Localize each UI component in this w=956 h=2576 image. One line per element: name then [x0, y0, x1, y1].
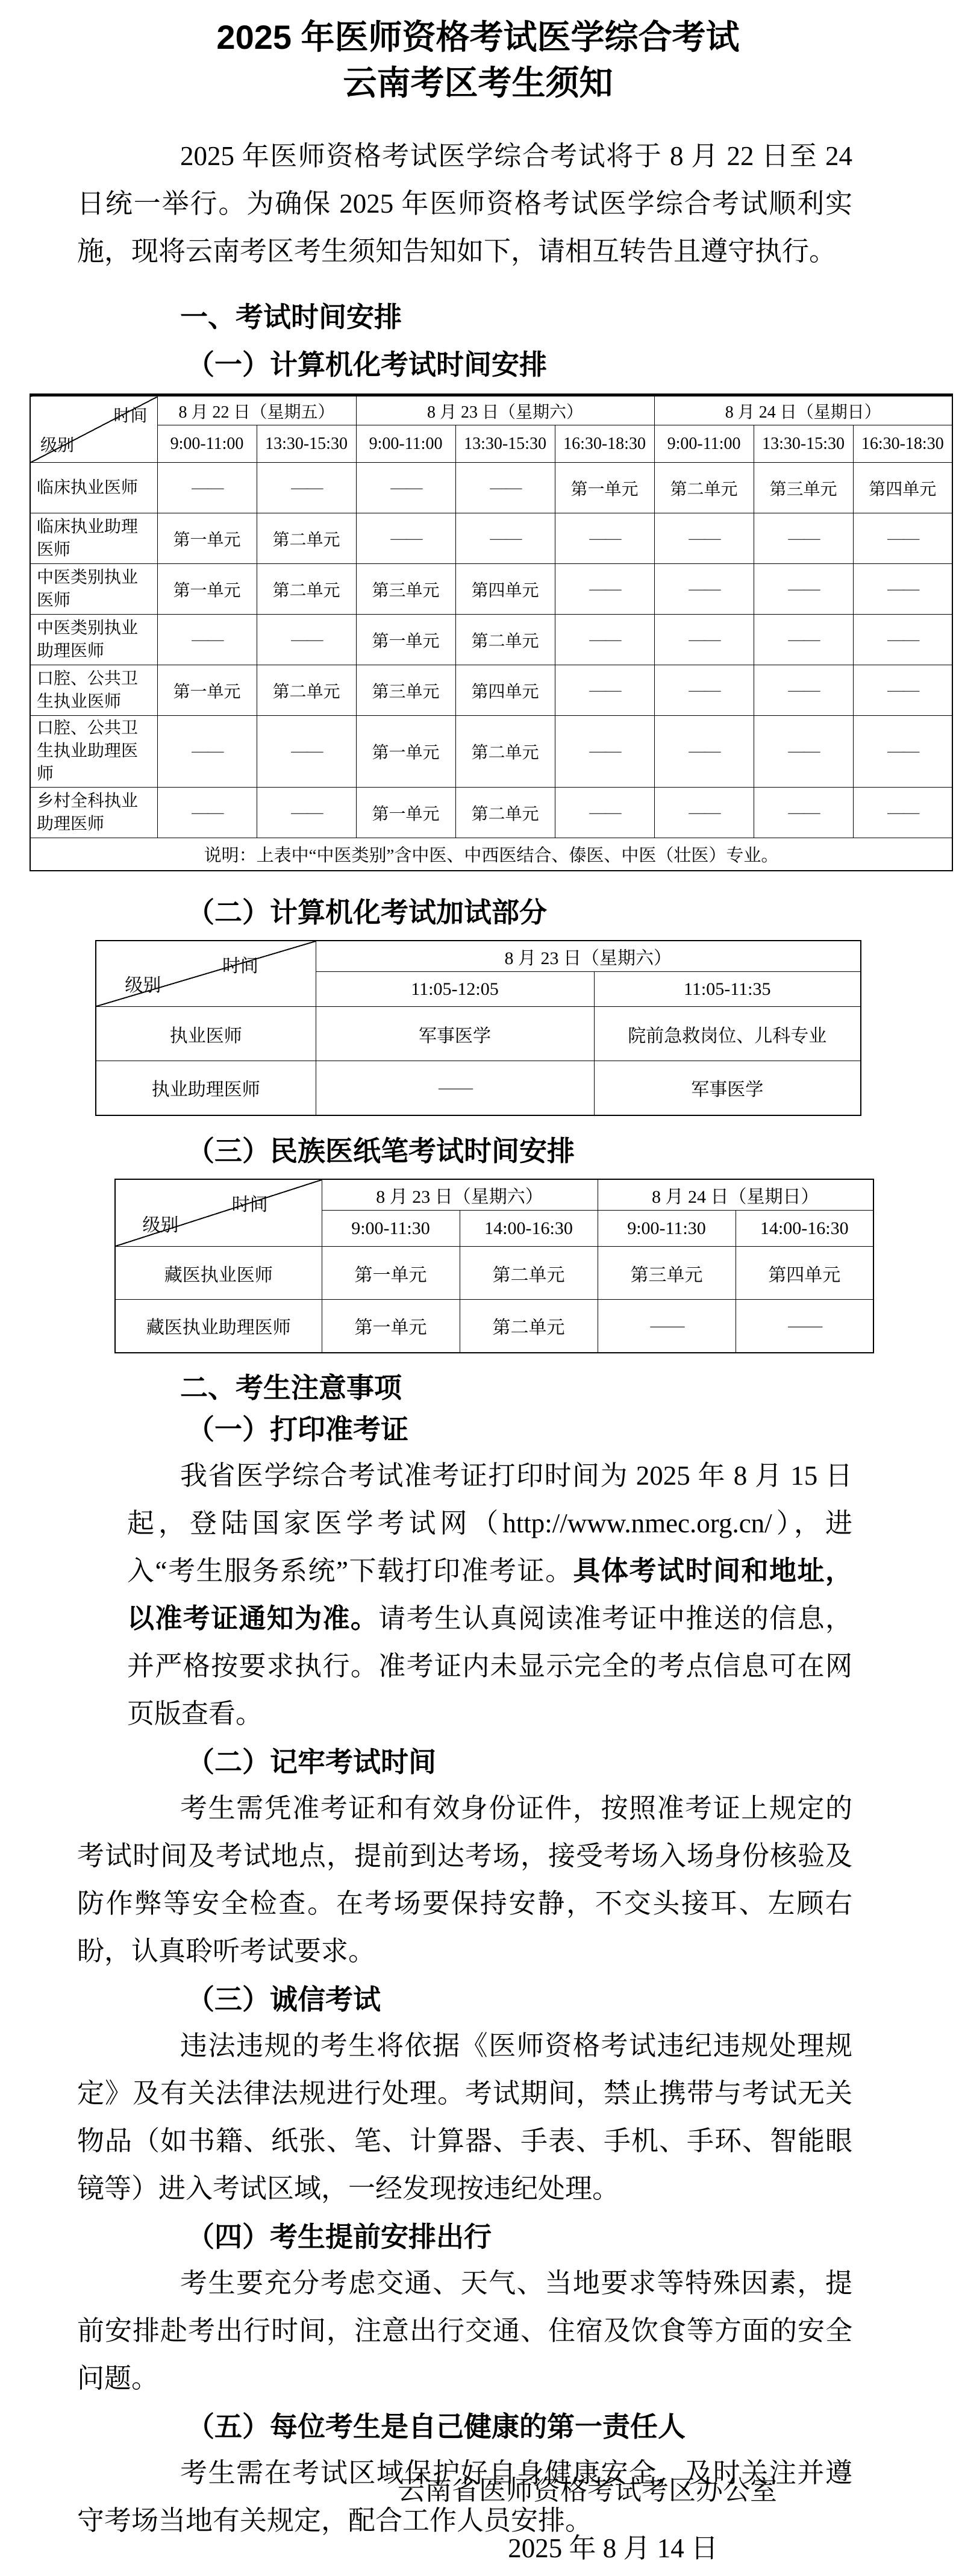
ethnic-paper-exam-table: 时间级别8 月 23 日（星期六）8 月 24 日（星期日）9:00-11:30… [114, 1179, 874, 1353]
unit-cell: 第一单元 [157, 513, 257, 564]
time-header-cell: 9:00-11:30 [598, 1211, 736, 1247]
time-header-cell: 13:30-15:30 [257, 425, 356, 463]
unit-cell: 院前急救岗位、儿科专业 [594, 1007, 861, 1061]
time-header-cell: 9:00-11:00 [157, 425, 257, 463]
empty-slot-cell: —— [654, 615, 754, 665]
note-item-3-paragraph: 违法违规的考生将依据《医师资格考试违纪违规处理规定》及有关法律法规进行处理。考试… [77, 2022, 852, 2213]
unit-cell: 第三单元 [598, 1247, 736, 1300]
day-header-cell: 8 月 23 日（星期六） [322, 1179, 598, 1211]
time-header-cell: 13:30-15:30 [754, 425, 853, 463]
row-label-cell: 临床执业助理医师 [30, 513, 157, 564]
unit-cell: 第四单元 [455, 564, 555, 615]
document-title: 2025 年医师资格考试医学综合考试 云南考区考生须知 [0, 0, 956, 106]
unit-cell: 第二单元 [257, 513, 356, 564]
empty-slot-cell: —— [853, 788, 952, 838]
title-line-2: 云南考区考生须知 [0, 60, 956, 106]
empty-slot-cell: —— [555, 615, 654, 665]
unit-cell: 第一单元 [356, 788, 455, 838]
unit-cell: 第二单元 [257, 564, 356, 615]
day-header-cell: 8 月 23 日（星期六） [316, 941, 861, 972]
empty-slot-cell: —— [157, 615, 257, 665]
schedule-row: 口腔、公共卫生执业医师第一单元第二单元第三单元第四单元———————— [30, 665, 952, 716]
unit-cell: 第三单元 [754, 463, 853, 513]
unit-cell: 第二单元 [257, 665, 356, 716]
corner-label-time: 时间 [232, 1189, 268, 1216]
ethnic-exam-table-mount: 时间级别8 月 23 日（星期六）8 月 24 日（星期日）9:00-11:30… [0, 1179, 956, 1353]
time-header-cell: 13:30-15:30 [455, 425, 555, 463]
unit-cell: 第一单元 [157, 665, 257, 716]
empty-slot-cell: —— [754, 788, 853, 838]
row-label-cell: 执业医师 [96, 1007, 316, 1061]
computer-exam-table-mount: 时间级别8 月 22 日（星期五）8 月 23 日（星期六）8 月 24 日（星… [0, 393, 956, 871]
computer-exam-extra-table: 时间级别8 月 23 日（星期六）11:05-12:0511:05-11:35执… [95, 940, 861, 1116]
empty-slot-cell: —— [736, 1300, 873, 1353]
note-item-2-paragraph: 考生需凭准考证和有效身份证件，按照准考证上规定的考试时间及考试地点，提前到达考场… [77, 1785, 852, 1975]
section-notes-heading: 二、考生注意事项 [180, 1370, 956, 1405]
note-item-1-heading: （一）打印准考证 [187, 1412, 956, 1447]
time-header-cell: 16:30-18:30 [853, 425, 952, 463]
time-header-cell: 11:05-11:35 [594, 972, 861, 1007]
schedule-row: 临床执业助理医师第一单元第二单元———————————— [30, 513, 952, 564]
time-header-cell: 11:05-12:05 [316, 972, 594, 1007]
empty-slot-cell: —— [555, 716, 654, 788]
empty-slot-cell: —— [257, 788, 356, 838]
empty-slot-cell: —— [754, 716, 853, 788]
empty-slot-cell: —— [257, 463, 356, 513]
empty-slot-cell: —— [555, 513, 654, 564]
schedule-row: 藏医执业医师第一单元第二单元第三单元第四单元 [115, 1247, 873, 1300]
unit-cell: 第四单元 [455, 665, 555, 716]
schedule-row: 执业助理医师——军事医学 [96, 1061, 861, 1115]
note-item-5-heading: （五）每位考生是自己健康的第一责任人 [187, 2410, 956, 2445]
unit-cell: 第三单元 [356, 665, 455, 716]
empty-slot-cell: —— [316, 1061, 594, 1115]
empty-slot-cell: —— [157, 463, 257, 513]
time-header-cell: 9:00-11:00 [654, 425, 754, 463]
note-item-2-heading: （二）记牢考试时间 [187, 1745, 956, 1780]
unit-cell: 第一单元 [356, 716, 455, 788]
empty-slot-cell: —— [598, 1300, 736, 1353]
unit-cell: 第二单元 [460, 1300, 598, 1353]
empty-slot-cell: —— [853, 513, 952, 564]
schedule-row: 中医类别执业医师第一单元第二单元第三单元第四单元———————— [30, 564, 952, 615]
schedule-row: 执业医师军事医学院前急救岗位、儿科专业 [96, 1007, 861, 1061]
signature-office: 云南省医师资格考试考区办公室 [398, 2468, 777, 2507]
empty-slot-cell: —— [754, 665, 853, 716]
subsection-ethnic-exam-heading: （三）民族医纸笔考试时间安排 [187, 1134, 956, 1169]
signature-date: 2025 年 8 月 14 日 [508, 2526, 718, 2565]
row-label-cell: 藏医执业医师 [115, 1247, 322, 1300]
corner-label-level: 级别 [142, 1210, 178, 1236]
unit-cell: 第二单元 [455, 788, 555, 838]
empty-slot-cell: —— [157, 716, 257, 788]
empty-slot-cell: —— [555, 788, 654, 838]
title-line-1: 2025 年医师资格考试医学综合考试 [0, 14, 956, 60]
empty-slot-cell: —— [754, 564, 853, 615]
schedule-row: 临床执业医师————————第一单元第二单元第三单元第四单元 [30, 463, 952, 513]
empty-slot-cell: —— [853, 615, 952, 665]
empty-slot-cell: —— [853, 665, 952, 716]
empty-slot-cell: —— [455, 513, 555, 564]
time-header-cell: 14:00-16:30 [736, 1211, 873, 1247]
time-header-cell: 9:00-11:00 [356, 425, 455, 463]
row-label-cell: 执业助理医师 [96, 1061, 316, 1115]
schedule-row: 乡村全科执业助理医师————第一单元第二单元———————— [30, 788, 952, 838]
note-item-4-paragraph: 考生要充分考虑交通、天气、当地要求等特殊因素，提前安排赴考出行时间，注意出行交通… [77, 2260, 852, 2402]
unit-cell: 第一单元 [322, 1247, 460, 1300]
unit-cell: 第四单元 [853, 463, 952, 513]
empty-slot-cell: —— [555, 665, 654, 716]
schedule-row: 中医类别执业助理医师————第一单元第二单元———————— [30, 615, 952, 665]
empty-slot-cell: —— [654, 788, 754, 838]
schedule-row: 口腔、公共卫生执业助理医师————第一单元第二单元———————— [30, 716, 952, 788]
corner-label-level: 级别 [125, 970, 161, 997]
empty-slot-cell: —— [257, 615, 356, 665]
unit-cell: 第四单元 [736, 1247, 873, 1300]
row-label-cell: 藏医执业助理医师 [115, 1300, 322, 1353]
empty-slot-cell: —— [654, 665, 754, 716]
unit-cell: 第三单元 [356, 564, 455, 615]
empty-slot-cell: —— [157, 788, 257, 838]
corner-label-time: 时间 [222, 951, 258, 977]
empty-slot-cell: —— [257, 716, 356, 788]
empty-slot-cell: —— [455, 463, 555, 513]
extra-exam-table-mount: 时间级别8 月 23 日（星期六）11:05-12:0511:05-11:35执… [0, 940, 956, 1116]
time-header-cell: 9:00-11:30 [322, 1211, 460, 1247]
day-header-cell: 8 月 23 日（星期六） [356, 395, 654, 425]
exam-notice-document: 2025 年医师资格考试医学综合考试 云南考区考生须知 2025 年医师资格考试… [0, 0, 956, 2576]
day-header-cell: 8 月 24 日（星期日） [598, 1179, 873, 1211]
unit-cell: 第一单元 [555, 463, 654, 513]
unit-cell: 第一单元 [322, 1300, 460, 1353]
unit-cell: 第一单元 [356, 615, 455, 665]
unit-cell: 军事医学 [594, 1061, 861, 1115]
empty-slot-cell: —— [654, 564, 754, 615]
row-label-cell: 口腔、公共卫生执业助理医师 [30, 716, 157, 788]
empty-slot-cell: —— [754, 615, 853, 665]
row-label-cell: 乡村全科执业助理医师 [30, 788, 157, 838]
unit-cell: 军事医学 [316, 1007, 594, 1061]
row-label-cell: 中医类别执业助理医师 [30, 615, 157, 665]
intro-paragraph: 2025 年医师资格考试医学综合考试将于 8 月 22 日至 24 日统一举行。… [77, 133, 852, 275]
empty-slot-cell: —— [853, 564, 952, 615]
row-label-cell: 中医类别执业医师 [30, 564, 157, 615]
unit-cell: 第二单元 [654, 463, 754, 513]
empty-slot-cell: —— [654, 716, 754, 788]
empty-slot-cell: —— [356, 463, 455, 513]
row-label-cell: 临床执业医师 [30, 463, 157, 513]
empty-slot-cell: —— [654, 513, 754, 564]
unit-cell: 第一单元 [157, 564, 257, 615]
corner-label-level: 级别 [40, 432, 74, 456]
time-header-cell: 14:00-16:30 [460, 1211, 598, 1247]
empty-slot-cell: —— [555, 564, 654, 615]
section-schedule-heading: 一、考试时间安排 [180, 299, 956, 334]
corner-label-time: 时间 [113, 403, 147, 427]
computer-exam-schedule-table: 时间级别8 月 22 日（星期五）8 月 23 日（星期六）8 月 24 日（星… [30, 393, 953, 871]
empty-slot-cell: —— [754, 513, 853, 564]
corner-cell: 时间级别 [30, 395, 157, 463]
note-item-4-heading: （四）考生提前安排出行 [187, 2220, 956, 2255]
day-header-cell: 8 月 22 日（星期五） [157, 395, 356, 425]
corner-cell: 时间级别 [96, 941, 316, 1007]
time-header-cell: 16:30-18:30 [555, 425, 654, 463]
unit-cell: 第二单元 [460, 1247, 598, 1300]
empty-slot-cell: —— [853, 716, 952, 788]
note-item-1-paragraph: 我省医学综合考试准考证打印时间为 2025 年 8 月 15 日起，登陆国家医学… [127, 1452, 852, 1738]
row-label-cell: 口腔、公共卫生执业医师 [30, 665, 157, 716]
schedule-row: 藏医执业助理医师第一单元第二单元———— [115, 1300, 873, 1353]
unit-cell: 第二单元 [455, 716, 555, 788]
corner-cell: 时间级别 [115, 1179, 322, 1247]
empty-slot-cell: —— [356, 513, 455, 564]
table-note: 说明：上表中“中医类别”含中医、中西医结合、傣医、中医（壮医）专业。 [30, 838, 952, 871]
day-header-cell: 8 月 24 日（星期日） [654, 395, 952, 425]
note-item-3-heading: （三）诚信考试 [187, 1982, 956, 2017]
subsection-extra-exam-heading: （二）计算机化考试加试部分 [187, 895, 956, 930]
subsection-computer-exam-heading: （一）计算机化考试时间安排 [187, 348, 956, 383]
unit-cell: 第二单元 [455, 615, 555, 665]
